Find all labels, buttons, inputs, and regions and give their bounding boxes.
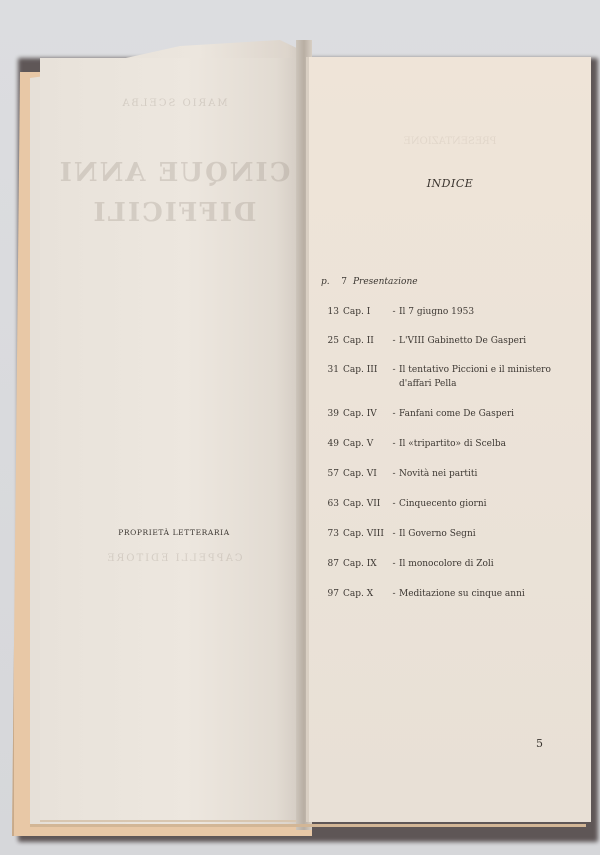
toc-row: 39Cap. IV-Fanfani come De Gasperi	[321, 407, 581, 421]
bleed-title-line1: CINQUE ANNI	[40, 158, 308, 188]
bleed-heading: PRESENTAZIONE	[339, 133, 561, 151]
toc-row: 31Cap. III-Il tentativo Piccioni e il mi…	[321, 363, 581, 391]
bleed-publisher: CAPPELLI EDITORE	[40, 553, 308, 564]
right-page: PRESENTAZIONE INDICE p.7Presentazione 13…	[306, 57, 591, 822]
toc-row: 63Cap. VII-Cinquecento giorni	[321, 497, 581, 511]
copyright-label: PROPRIETÀ LETTERARIA	[40, 528, 308, 537]
toc-row: 73Cap. VIII-Il Governo Segni	[321, 527, 581, 541]
bleed-title-line2: DIFFICILI	[40, 198, 308, 228]
toc-intro-row: p.7Presentazione	[321, 277, 418, 287]
toc-row: 13Cap. I-Il 7 giugno 1953	[321, 305, 581, 319]
cover-bottom-edge	[30, 824, 586, 827]
index-title: INDICE	[309, 177, 591, 190]
page-number: 5	[536, 737, 543, 750]
bleed-author: MARIO SCELBA	[40, 98, 308, 109]
toc-row: 25Cap. II-L'VIII Gabinetto De Gasperi	[321, 334, 581, 348]
toc-row: 49Cap. V-Il «tripartito» di Scelba	[321, 437, 581, 451]
toc-row: 97Cap. X-Meditazione su cinque anni	[321, 587, 581, 601]
left-page: MARIO SCELBA CINQUE ANNI DIFFICILI PROPR…	[40, 58, 308, 822]
toc-row: 57Cap. VI-Novità nei partiti	[321, 467, 581, 481]
toc-row: 87Cap. IX-Il monocolore di Zoli	[321, 557, 581, 571]
